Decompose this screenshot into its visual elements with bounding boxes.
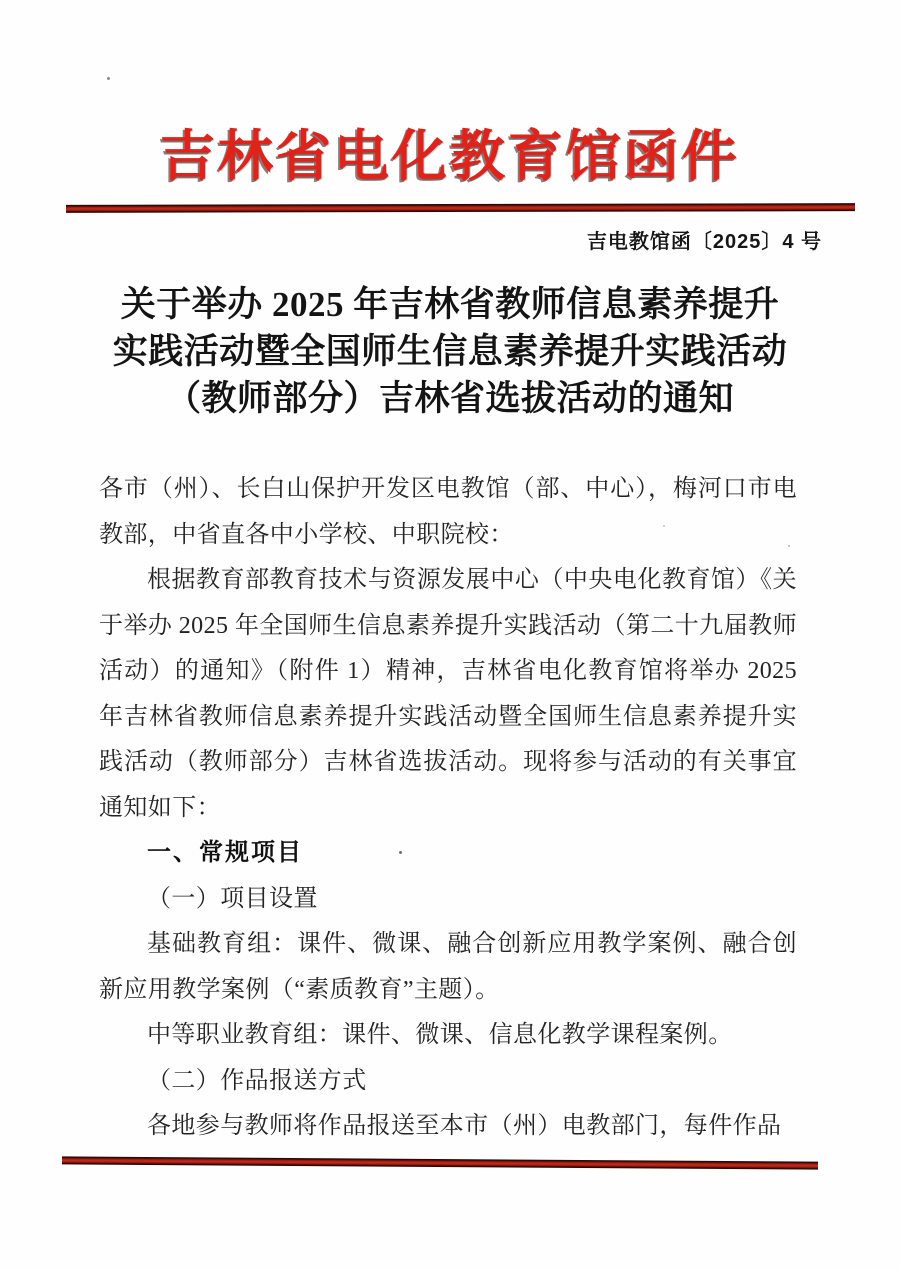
notice-body: 各市（州）、长白山保护开发区电教馆（部、中心），梅河口市电教部，中省直各中小学校… [99,467,797,1150]
subsection-1-heading: （一）项目设置 [99,877,797,923]
notice-title-line1: 关于举办 2025 年吉林省教师信息素养提升 [121,285,780,324]
doc-number: 吉电教馆函〔2025〕4 号 [587,225,822,254]
submission-paragraph: 各地参与教师将作品报送至本市（州）电教部门，每件作品 [99,1104,797,1150]
salutation-paragraph: 各市（州）、长白山保护开发区电教馆（部、中心），梅河口市电教部，中省直各中小学校… [99,467,797,558]
section-1-heading: 一、常规项目 [99,831,797,877]
basic-education-paragraph: 基础教育组：课件、微课、融合创新应用教学案例、融合创新应用教学案例（“素质教育”… [99,922,797,1013]
notice-title-line3: （教师部分）吉林省选拔活动的通知 [166,379,734,418]
notice-title-line2: 实践活动暨全国师生信息素养提升实践活动 [113,332,788,371]
subsection-2-heading: （二）作品报送方式 [99,1059,797,1105]
header-rule [66,203,855,213]
letterhead-title: 吉林省电化教育馆函件 [0,112,900,191]
vocational-education-paragraph: 中等职业教育组：课件、微课、信息化教学课程案例。 [99,1013,797,1059]
scanned-document-page: 吉林省电化教育馆函件 吉电教馆函〔2025〕4 号 关于举办 2025 年吉林省… [0,0,900,1270]
footer-rule [62,1156,818,1169]
background-paragraph: 根据教育部教育技术与资源发展中心（中央电化教育馆）《关于举办 2025 年全国师… [99,558,797,831]
notice-title: 关于举办 2025 年吉林省教师信息素养提升 实践活动暨全国师生信息素养提升实践… [0,281,900,422]
scan-speck [107,77,110,80]
